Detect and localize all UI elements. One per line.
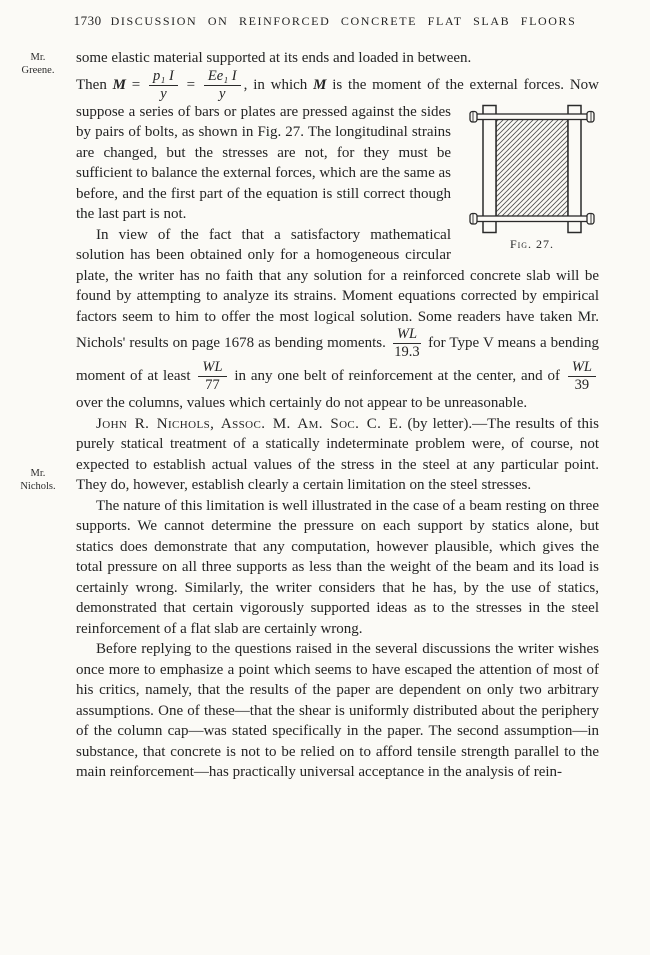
- speaker-name: John R. Nichols, Assoc. M. Am. Soc. C. E…: [96, 416, 403, 432]
- text-run: Then: [76, 76, 113, 92]
- fraction-Ee1I-over-y: Ee₁ Iy: [204, 69, 241, 102]
- margin-note-greene: Mr. Greene.: [6, 52, 70, 77]
- text-column: some elastic material supported at its e…: [76, 48, 599, 783]
- text-run: some elastic material supported at its e…: [76, 50, 471, 66]
- paragraph-nichols-2: The nature of this limitation is well il…: [76, 496, 599, 640]
- fraction-numerator: WL: [198, 360, 226, 377]
- margin-note-line: Greene.: [6, 65, 70, 78]
- fraction-numerator: WL: [393, 327, 421, 344]
- paragraph-greene-2: In view of the fact that a satisfactory …: [76, 225, 599, 414]
- bolt-head-top-left: [470, 111, 477, 122]
- running-title: DISCUSSION ON REINFORCED CONCRETE FLAT S…: [111, 14, 577, 28]
- variable-M: M: [313, 76, 326, 92]
- figure-27-drawing: [469, 104, 595, 234]
- fraction-denominator: 77: [205, 377, 220, 393]
- bolt-bottom-shaft: [476, 216, 588, 222]
- paragraph-nichols-3: Before replying to the questions raised …: [76, 639, 599, 783]
- text-run: sides by pairs of bolts, as shown in Fig…: [76, 104, 451, 223]
- margin-note-line: Mr.: [6, 52, 70, 65]
- fraction-WL-over-39: WL39: [568, 360, 596, 393]
- fraction-numerator: WL: [568, 360, 596, 377]
- page-number: 1730: [74, 13, 102, 28]
- fraction-denominator: y: [219, 86, 225, 102]
- fraction-WL-over-19.3: WL19.3: [393, 327, 421, 360]
- paragraph-nichols-1: John R. Nichols, Assoc. M. Am. Soc. C. E…: [76, 414, 599, 496]
- bolt-head-bottom-right: [587, 213, 594, 224]
- figure-caption: Fig. 27.: [465, 237, 599, 251]
- margin-note-nichols: Mr. Nichols.: [6, 468, 70, 493]
- text-run: , in which: [244, 76, 313, 92]
- clamp-bar-right: [568, 105, 581, 232]
- bolt-head-bottom-left: [470, 213, 477, 224]
- paragraph-greene-1: some elastic material supported at its e…: [76, 48, 599, 225]
- slab-hatched-area: [496, 119, 568, 217]
- margin-note-line: Nichols.: [6, 481, 70, 494]
- equals-sign: =: [181, 76, 201, 92]
- fraction-WL-over-77: WL77: [198, 360, 226, 393]
- figure-27: Fig. 27.: [465, 104, 599, 251]
- fraction-p1I-over-y: p₁ Iy: [149, 69, 178, 102]
- fraction-denominator: 19.3: [394, 344, 419, 360]
- bolt-head-top-right: [587, 111, 594, 122]
- text-run: Before replying to the questions raised …: [76, 641, 599, 780]
- clamp-bar-left: [483, 105, 496, 232]
- fraction-denominator: y: [160, 86, 166, 102]
- fraction-denominator: 39: [575, 377, 590, 393]
- equals-sign: =: [126, 76, 146, 92]
- page-header: 1730DISCUSSION ON REINFORCED CONCRETE FL…: [0, 0, 650, 29]
- variable-M: M: [113, 76, 126, 92]
- fraction-numerator: p₁ I: [149, 69, 178, 86]
- bolt-top-shaft: [476, 114, 588, 120]
- text-run: The nature of this limitation is well il…: [76, 498, 599, 637]
- page: 1730DISCUSSION ON REINFORCED CONCRETE FL…: [0, 0, 650, 955]
- text-run: over the columns, values which certainly…: [76, 395, 527, 411]
- fraction-numerator: Ee₁ I: [204, 69, 241, 86]
- margin-note-line: Mr.: [6, 468, 70, 481]
- text-run: in any one belt of reinforcement at the …: [230, 368, 565, 384]
